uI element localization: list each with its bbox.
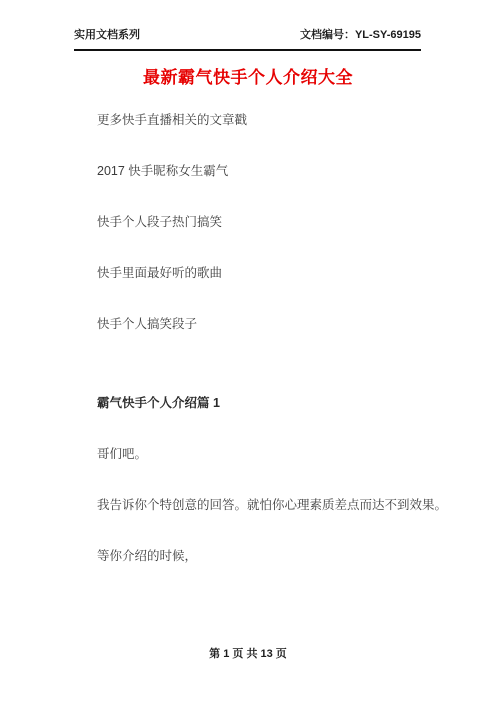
document-body: 更多快手直播相关的文章戳 2017 快手昵称女生霸气 快手个人段子热门搞笑 快手… — [97, 112, 448, 599]
paragraph: 等你介绍的时候， — [97, 548, 448, 565]
paragraph: 快手个人搞笑段子 — [97, 316, 448, 333]
paragraph: 快手里面最好听的歌曲 — [97, 265, 448, 282]
header-series-label: 实用文档系列 — [74, 26, 140, 42]
paragraph: 我告诉你个特创意的回答。就怕你心理素质差点而达不到效果。 — [97, 497, 448, 514]
page-number-footer: 第 1 页 共 13 页 — [0, 645, 496, 661]
page-title: 最新霸气快手个人介绍大全 — [0, 63, 496, 88]
page-header: 实用文档系列 文档编号：YL-SY-69195 — [74, 26, 421, 51]
document-page: 实用文档系列 文档编号：YL-SY-69195 最新霸气快手个人介绍大全 更多快… — [0, 0, 496, 702]
paragraph: 2017 快手昵称女生霸气 — [97, 163, 448, 180]
section-heading: 霸气快手个人介绍篇 1 — [97, 395, 448, 412]
paragraph: 快手个人段子热门搞笑 — [97, 214, 448, 231]
header-doc-number: 文档编号：YL-SY-69195 — [300, 26, 421, 42]
paragraph: 哥们吧。 — [97, 446, 448, 463]
paragraph: 更多快手直播相关的文章戳 — [97, 112, 448, 129]
